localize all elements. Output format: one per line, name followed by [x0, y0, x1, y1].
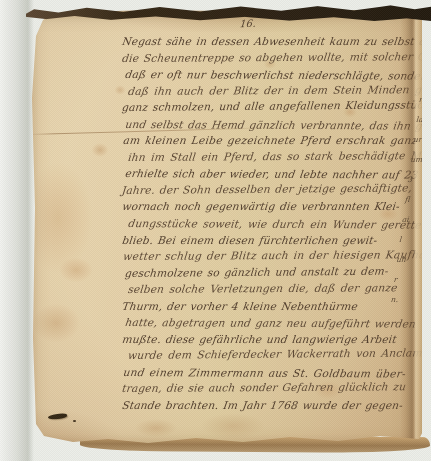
handwritten-line: Stande brachten. Im Jahr 1768 wurde der …: [121, 398, 416, 415]
handwritten-line: ganz schmolzen, und alle angefallenen Kl…: [121, 98, 415, 117]
handwritten-line: Thurm, der vorher 4 kleine Nebenthürme: [121, 299, 416, 316]
scanned-manuscript-photo: 16. Negast sähe in dessen Abwesenheit ka…: [0, 0, 431, 461]
text-fragment: un: [424, 56, 431, 63]
page-number: 16.: [239, 19, 256, 31]
text-fragment: lk,: [422, 76, 431, 83]
next-page-edge: un lk, n la ur um 3 fl ai l uh r n.: [400, 8, 422, 449]
text-fragment: um: [410, 156, 423, 163]
text-fragment: la: [416, 116, 429, 123]
text-fragment: n: [419, 96, 431, 103]
text-fragment: 3: [408, 176, 421, 183]
handwritten-line: wurde dem Schieferdecker Wackerrath von …: [121, 346, 415, 365]
manuscript-page: 16. Negast sähe in dessen Abwesenheit ka…: [28, 8, 422, 449]
scan-background-shading: [0, 0, 34, 461]
handwritten-line: Jahre. der Sohn desselben der jetzige ge…: [121, 180, 415, 199]
handwritten-line: selben solche Verletzungen die, daß der …: [121, 280, 415, 298]
text-fragment: n.: [391, 296, 404, 303]
ink-dot: [73, 420, 76, 422]
handwritten-line: hatte, abgetragen und ganz neu aufgeführ…: [121, 315, 415, 333]
handwritten-line: tragen, die sie auch sonder Gefahren glü…: [121, 380, 415, 398]
text-fragment: uh: [396, 256, 409, 263]
ink-blot: [48, 413, 67, 420]
handwritten-line: die Scheunentreppe so abgehen wollte, mi…: [121, 49, 415, 67]
text-fragment: ai: [402, 216, 415, 223]
handwritten-line: ihn im Stall ein Pferd, das so stark bes…: [121, 148, 415, 166]
text-fragment: fl: [405, 196, 418, 203]
handwritten-text-block: Negast sähe in dessen Abwesenheit kaum z…: [121, 34, 413, 415]
text-fragment: r: [394, 276, 407, 283]
text-fragment: ur: [413, 136, 426, 143]
handwritten-line: wornach noch gegenwärtig die verbrannten…: [121, 199, 416, 216]
handwritten-line: dungsstücke soweit, wie durch ein Wunder…: [121, 216, 415, 234]
handwritten-line: Negast sähe in dessen Abwesenheit kaum z…: [121, 34, 416, 51]
handwritten-line: geschmolzene so gänzlich und anstalt zu …: [121, 263, 415, 282]
text-fragment: l: [399, 236, 412, 243]
handwritten-line: am kleinen Leibe gezeichnete Pferd ersch…: [121, 133, 416, 150]
